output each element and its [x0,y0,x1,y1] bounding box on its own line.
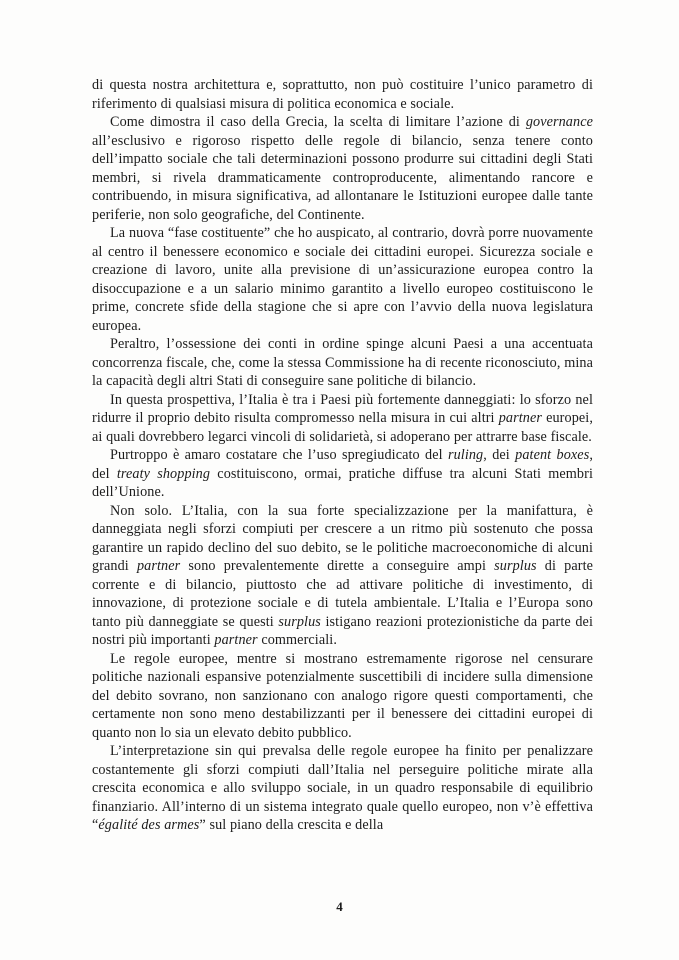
text-run: commerciali. [258,632,337,648]
italic-run: governance [526,114,593,130]
paragraph: Purtroppo è amaro costatare che l’uso sp… [92,446,593,502]
italic-run: patent boxes [515,447,589,463]
italic-run: partner [137,558,180,574]
paragraph: Le regole europee, mentre si mostrano es… [92,650,593,743]
book-page: di questa nostra architettura e, sopratt… [0,0,679,960]
text-run: Peraltro, l’ossessione dei conti in ordi… [92,336,593,389]
text-run: ” sul piano della crescita e della [199,817,383,833]
italic-run: partner [214,632,257,648]
paragraph: La nuova “fase costituente” che ho auspi… [92,224,593,335]
paragraph: di questa nostra architettura e, sopratt… [92,76,593,113]
italic-run: surplus [494,558,537,574]
text-run: Come dimostra il caso della Grecia, la s… [110,114,526,130]
text-run: Purtroppo è amaro costatare che l’uso sp… [110,447,448,463]
paragraph: In questa prospettiva, l’Italia è tra i … [92,391,593,447]
paragraph: Non solo. L’Italia, con la sua forte spe… [92,502,593,650]
paragraph: L’interpretazione sin qui prevalsa delle… [92,742,593,835]
italic-run: ruling [448,447,483,463]
italic-run: partner [499,410,542,426]
text-run: all’esclusivo e rigoroso rispetto delle … [92,133,593,223]
text-run: di questa nostra architettura e, sopratt… [92,77,593,112]
text-run: , dei [483,447,515,463]
italic-run: surplus [278,614,321,630]
text-run: Le regole europee, mentre si mostrano es… [92,651,593,741]
paragraph: Peraltro, l’ossessione dei conti in ordi… [92,335,593,391]
text-block: di questa nostra architettura e, sopratt… [92,76,593,835]
italic-run: treaty shopping [117,466,210,482]
paragraph: Come dimostra il caso della Grecia, la s… [92,113,593,224]
text-run: sono prevalentemente dirette a conseguir… [180,558,494,574]
page-number: 4 [0,899,679,915]
text-run: La nuova “fase costituente” che ho auspi… [92,225,593,334]
italic-run: égalité des armes [98,817,199,833]
